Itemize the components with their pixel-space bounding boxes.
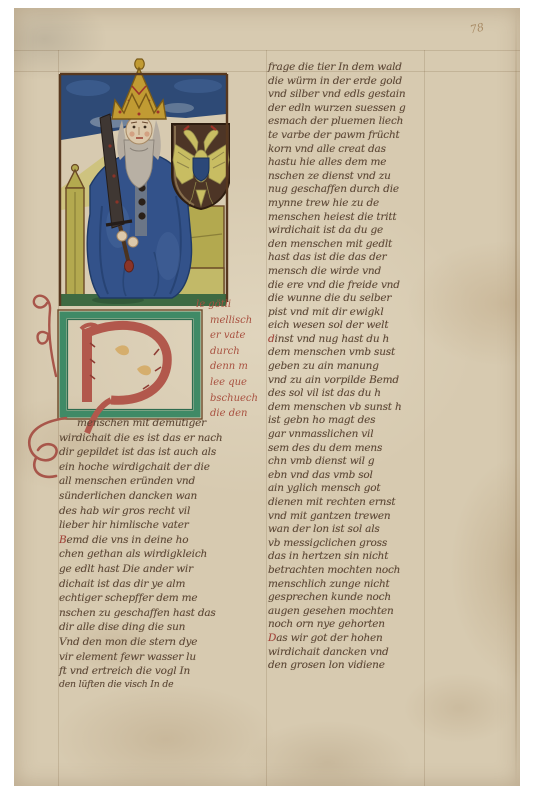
text-line: Vnd den mon die stern dye xyxy=(59,635,222,650)
text-line: ain yglich mensch got xyxy=(268,482,405,496)
eagle-shield xyxy=(172,124,230,209)
text-line: ist gebn ho magt des xyxy=(268,414,405,428)
rubric-lines: le götlimellischer vatedurchdenn mlee qu… xyxy=(196,297,258,422)
text-line: dinst vnd nug hast du h xyxy=(268,333,405,347)
text-line: dienen mit rechten ernst xyxy=(268,496,405,510)
text-line: des sol vil ist das du h xyxy=(268,387,405,401)
text-line: vnd zu ain vorpilde Bemd xyxy=(268,374,405,388)
text-line: ge edlt hast Die ander wir xyxy=(59,562,222,577)
text-line: ft vnd ertreich die vogl In xyxy=(59,664,222,679)
text-line: korn vnd alle creat das xyxy=(268,143,405,157)
text-line: chen gethan als wirdigkleich xyxy=(59,547,222,562)
text-line: frage die tier In dem wald xyxy=(268,61,405,75)
miniature-emperor-enthroned xyxy=(58,56,230,308)
text-line: dem menschen vb sunst h xyxy=(268,401,405,415)
text-line: nschen ze dienst vnd zu xyxy=(268,170,405,184)
text-line: mynne trew hie zu de xyxy=(268,197,405,211)
page-fold-crease xyxy=(515,8,517,786)
text-line: des hab wir gros recht vil xyxy=(59,504,222,519)
text-line: noch orn nye gehorten xyxy=(268,618,405,632)
text-line: eich wesen sol der welt xyxy=(268,319,405,333)
face xyxy=(126,116,152,144)
text-line: vnd silber vnd edls gestain xyxy=(268,88,405,102)
text-line: chn vmb dienst wil g xyxy=(268,455,405,469)
text-line: menschlich zunge nicht xyxy=(268,578,405,592)
text-line: betrachten mochten noch xyxy=(268,564,405,578)
text-line: Das wir got der hohen xyxy=(268,632,405,646)
text-line: sünderlichen dancken wan xyxy=(59,489,222,504)
rubric-line: denn m xyxy=(196,359,258,375)
rubric-line: durch xyxy=(196,344,258,360)
text-line: den grosen lon vidiene xyxy=(268,659,405,673)
text-line: sem des du dem mens xyxy=(268,442,405,456)
rubric-line: lee que xyxy=(196,375,258,391)
penwork-flourish-top xyxy=(18,288,64,378)
ruling-line-vertical-right xyxy=(424,50,425,786)
right-text-column: frage die tier In dem walddie würm in de… xyxy=(268,61,405,673)
text-line: nug geschaffen durch die xyxy=(268,183,405,197)
text-line: die wunne die du selber xyxy=(268,292,405,306)
text-line: dir alle dise ding die sun xyxy=(59,620,222,635)
text-line: den lüften die visch In de xyxy=(59,679,222,691)
ruling-line-vertical-middle xyxy=(266,50,267,786)
text-line: lieber hir himlische vater xyxy=(59,518,222,533)
text-line: Bemd die vns in deine ho xyxy=(59,533,222,548)
text-line: die ere vnd die freide vnd xyxy=(268,279,405,293)
text-line: gar vnmasslichen vil xyxy=(268,428,405,442)
throne-pillar xyxy=(66,165,84,305)
text-line: wirdichait die es ist das er nach xyxy=(59,431,222,446)
text-line: all menschen eründen vnd xyxy=(59,474,222,489)
text-line: menschen heiest die tritt xyxy=(268,211,405,225)
text-line: der edln wurzen suessen g xyxy=(268,102,405,116)
text-line: nschen zu geschaffen hast das xyxy=(59,606,222,621)
manuscript-page-scan: 78 xyxy=(0,0,534,800)
text-line: vb messigclichen gross xyxy=(268,537,405,551)
text-line: wan der lon ist sol als xyxy=(268,523,405,537)
text-line: esmach der pluemen liech xyxy=(268,115,405,129)
text-line: wirdichait ist da du ge xyxy=(268,224,405,238)
text-line: die würm in der erde gold xyxy=(268,75,405,89)
text-line: te varbe der pawm frücht xyxy=(268,129,405,143)
rubric-line: er vate xyxy=(196,328,258,344)
folio-number: 78 xyxy=(469,21,485,37)
text-line: ein hoche wirdigchait der die xyxy=(59,460,222,475)
text-line: dem menschen vmb sust xyxy=(268,346,405,360)
text-line: gesprechen kunde noch xyxy=(268,591,405,605)
text-line: geben zu ain manung xyxy=(268,360,405,374)
text-line: den menschen mit gedlt xyxy=(268,238,405,252)
text-line: augen gesehen mochten xyxy=(268,605,405,619)
hand-left xyxy=(117,231,127,241)
left-text-column: menschen mit demütigerwirdichait die es … xyxy=(59,416,222,691)
text-line: hast das ist die das der xyxy=(268,251,405,265)
text-line: das in hertzen sin nicht xyxy=(268,550,405,564)
text-line: vir element fewr wasser lu xyxy=(59,650,222,665)
rubric-line: le götli xyxy=(196,297,258,313)
hand-right xyxy=(128,237,138,247)
text-line: dichait ist das dir ye alm xyxy=(59,577,222,592)
text-line: vnd mit gantzen trewen xyxy=(268,510,405,524)
text-line: hastu hie alles dem me xyxy=(268,156,405,170)
text-line: menschen mit demütiger xyxy=(77,416,222,431)
rubric-line: mellisch xyxy=(196,313,258,329)
text-line: pist vnd mit dir ewigkl xyxy=(268,306,405,320)
ruling-line-horizontal-top xyxy=(14,50,520,51)
text-line: echtiger schepffer dem me xyxy=(59,591,222,606)
rubric-line: bschuech xyxy=(196,391,258,407)
text-line: wirdichait dancken vnd xyxy=(268,646,405,660)
text-line: mensch die wirde vnd xyxy=(268,265,405,279)
parchment-page: 78 xyxy=(14,8,520,786)
text-line: dir gepildet ist das ist auch als xyxy=(59,445,222,460)
text-line: ebn vnd das vmb sol xyxy=(268,469,405,483)
